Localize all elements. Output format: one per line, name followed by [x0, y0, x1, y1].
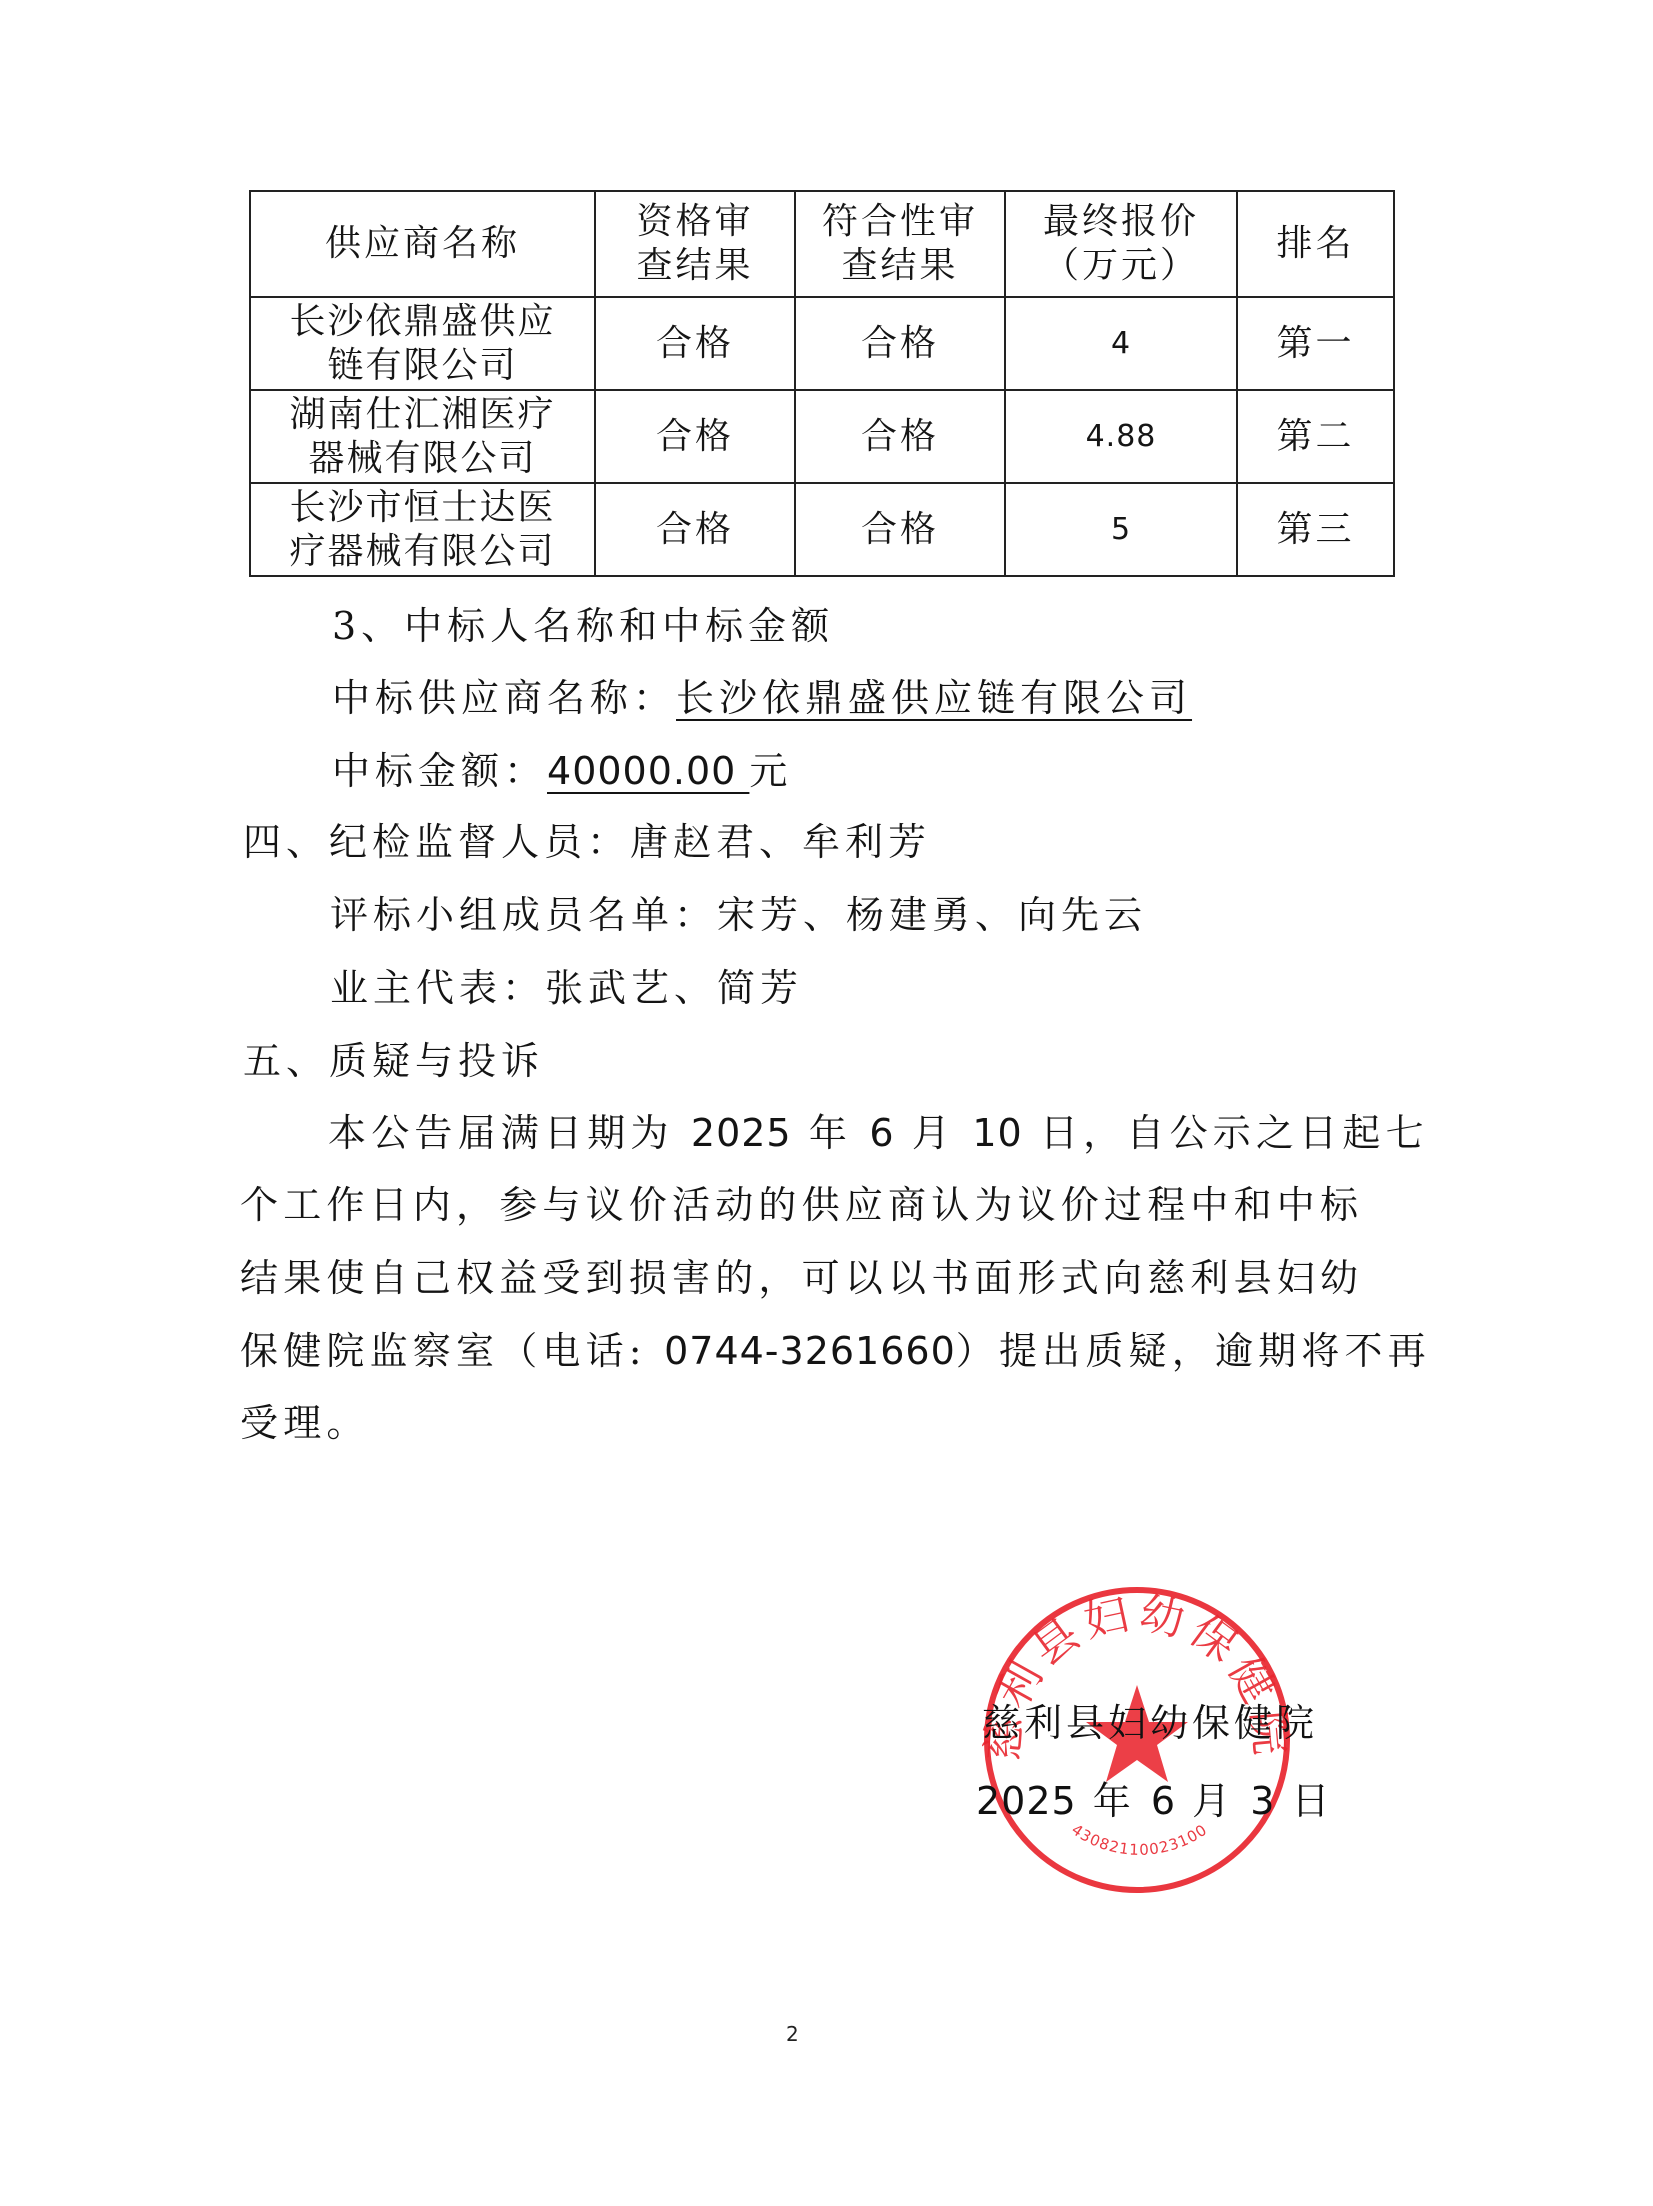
svg-text:43082110023100: 43082110023100 — [1068, 1820, 1211, 1859]
winning-amount-line: 中标金额：40000.00 元 — [332, 749, 792, 793]
conformity-cell: 合格 — [795, 483, 1005, 576]
supervisors-value: 唐赵君、牟利芳 — [630, 820, 931, 864]
price-cell: 4 — [1005, 297, 1237, 390]
award-heading: 3、中标人名称和中标金额 — [332, 604, 834, 648]
supplier-name-cell: 长沙市恒士达医疗器械有限公司 — [250, 483, 595, 576]
supervisors-line: 四、纪检监督人员：唐赵君、牟利芳 — [243, 820, 931, 864]
paragraph-line-2: 个工作日内，参与议价活动的供应商认为议价过程中和中标 — [240, 1183, 1363, 1227]
winning-supplier-label: 中标供应商名称： — [332, 676, 676, 720]
document-page: 供应商名称 资格审查结果 符合性审查结果 最终报价（万元） 排名 长沙依鼎盛供应… — [0, 0, 1653, 2206]
panel-label: 评标小组成员名单： — [330, 893, 717, 937]
owner-label: 业主代表： — [330, 966, 545, 1010]
page-number: 2 — [786, 2022, 799, 2046]
winning-supplier-line: 中标供应商名称：长沙依鼎盛供应链有限公司 — [332, 676, 1192, 720]
table-header-row: 供应商名称 资格审查结果 符合性审查结果 最终报价（万元） 排名 — [250, 191, 1394, 297]
winning-supplier-value: 长沙依鼎盛供应链有限公司 — [676, 676, 1192, 720]
price-cell: 4.88 — [1005, 390, 1237, 483]
paragraph-line-3: 结果使自己权益受到损害的，可以以书面形式向慈利县妇幼 — [240, 1256, 1363, 1300]
phone-number: 0744-3261660 — [664, 1329, 956, 1373]
header-final-price: 最终报价（万元） — [1005, 191, 1237, 297]
winning-amount-label: 中标金额： — [332, 749, 547, 793]
panel-members-line: 评标小组成员名单：宋芳、杨建勇、向先云 — [330, 893, 1147, 937]
section5-heading: 五、质疑与投诉 — [243, 1039, 544, 1083]
header-conformity-review: 符合性审查结果 — [795, 191, 1005, 297]
supervisors-label: 纪检监督人员： — [329, 820, 630, 864]
rank-cell: 第一 — [1237, 297, 1394, 390]
rank-cell: 第三 — [1237, 483, 1394, 576]
section4-prefix: 四、 — [243, 820, 329, 864]
paragraph-line-1: 本公告届满日期为 2025 年 6 月 10 日，自公示之日起七 — [328, 1111, 1429, 1155]
price-cell: 5 — [1005, 483, 1237, 576]
table-row: 湖南仕汇湘医疗器械有限公司 合格 合格 4.88 第二 — [250, 390, 1394, 483]
header-qualification-review: 资格审查结果 — [595, 191, 795, 297]
qualification-cell: 合格 — [595, 390, 795, 483]
header-supplier-name: 供应商名称 — [250, 191, 595, 297]
panel-value: 宋芳、杨建勇、向先云 — [717, 893, 1147, 937]
paragraph-line-5: 受理。 — [240, 1401, 370, 1445]
table-row: 长沙市恒士达医疗器械有限公司 合格 合格 5 第三 — [250, 483, 1394, 576]
supplier-results-table: 供应商名称 资格审查结果 符合性审查结果 最终报价（万元） 排名 长沙依鼎盛供应… — [249, 190, 1395, 577]
paragraph-line-4: 保健院监察室（电话: 0744-3261660）提出质疑，逾期将不再 — [240, 1329, 1431, 1373]
qualification-cell: 合格 — [595, 297, 795, 390]
stamp-code: 43082110023100 — [1068, 1820, 1211, 1859]
owner-rep-line: 业主代表：张武艺、简芳 — [330, 966, 803, 1010]
rank-cell: 第二 — [1237, 390, 1394, 483]
header-rank: 排名 — [1237, 191, 1394, 297]
winning-amount-value: 40000.00 — [547, 749, 749, 793]
qualification-cell: 合格 — [595, 483, 795, 576]
owner-value: 张武艺、简芳 — [545, 966, 803, 1010]
winning-amount-unit: 元 — [749, 749, 792, 793]
table-row: 长沙依鼎盛供应链有限公司 合格 合格 4 第一 — [250, 297, 1394, 390]
signature-date: 2025 年 6 月 3 日 — [976, 1779, 1334, 1823]
supplier-name-cell: 长沙依鼎盛供应链有限公司 — [250, 297, 595, 390]
conformity-cell: 合格 — [795, 390, 1005, 483]
signature-organization: 慈利县妇幼保健院 — [982, 1701, 1318, 1745]
supplier-name-cell: 湖南仕汇湘医疗器械有限公司 — [250, 390, 595, 483]
conformity-cell: 合格 — [795, 297, 1005, 390]
